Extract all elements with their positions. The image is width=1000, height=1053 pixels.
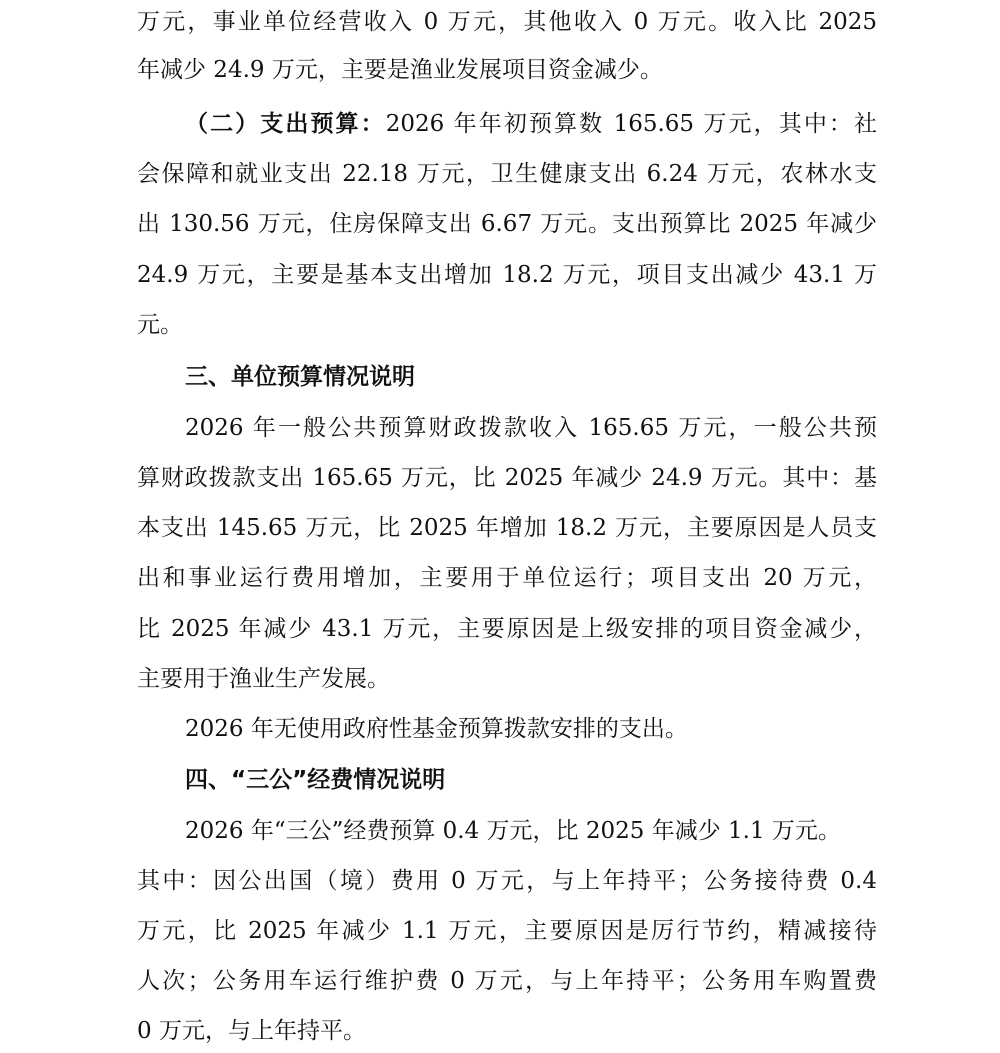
paragraph-line: 本支出 145.65 万元，比 2025 年增加 18.2 万元，主要原因是人员… (137, 508, 877, 548)
paragraph-line: 算财政拨款支出 165.65 万元，比 2025 年减少 24.9 万元。其中：… (137, 458, 877, 498)
paragraph-line: 出 130.56 万元，住房保障支出 6.67 万元。支出预算比 2025 年减… (137, 204, 877, 244)
paragraph-line: 会保障和就业支出 22.18 万元，卫生健康支出 6.24 万元，农林水支 (137, 154, 877, 194)
section-heading: 三、单位预算情况说明 (185, 357, 877, 397)
subsection-label: （二）支出预算： (185, 111, 386, 137)
paragraph-line-with-label: （二）支出预算：2026 年年初预算数 165.65 万元，其中：社 (185, 104, 877, 144)
paragraph-line: 万元，事业单位经营收入 0 万元，其他收入 0 万元。收入比 2025 (137, 2, 877, 42)
paragraph-line: 人次；公务用车运行维护费 0 万元，与上年持平；公务用车购置费 (137, 961, 877, 1001)
paragraph-line: 2026 年“三公”经费预算 0.4 万元，比 2025 年减少 1.1 万元。 (185, 811, 877, 851)
section-heading: 四、“三公”经费情况说明 (185, 760, 877, 800)
paragraph-line: 2026 年无使用政府性基金预算拨款安排的支出。 (185, 709, 877, 749)
paragraph-line: 其中：因公出国（境）费用 0 万元，与上年持平；公务接待费 0.4 (137, 861, 877, 901)
paragraph-text: 2026 年年初预算数 165.65 万元，其中：社 (386, 111, 877, 137)
paragraph-line: 万元，比 2025 年减少 1.1 万元，主要原因是厉行节约，精减接待 (137, 911, 877, 951)
paragraph-line: 元。 (137, 305, 877, 345)
paragraph-line: 出和事业运行费用增加，主要用于单位运行；项目支出 20 万元， (137, 558, 877, 598)
paragraph-line: 0 万元，与上年持平。 (137, 1011, 877, 1051)
paragraph-line: 24.9 万元，主要是基本支出增加 18.2 万元，项目支出减少 43.1 万 (137, 255, 877, 295)
paragraph-line: 比 2025 年减少 43.1 万元，主要原因是上级安排的项目资金减少， (137, 609, 877, 649)
paragraph-line: 2026 年一般公共预算财政拨款收入 165.65 万元，一般公共预 (185, 408, 877, 448)
paragraph-line: 年减少 24.9 万元，主要是渔业发展项目资金减少。 (137, 50, 877, 90)
paragraph-line: 主要用于渔业生产发展。 (137, 659, 877, 699)
